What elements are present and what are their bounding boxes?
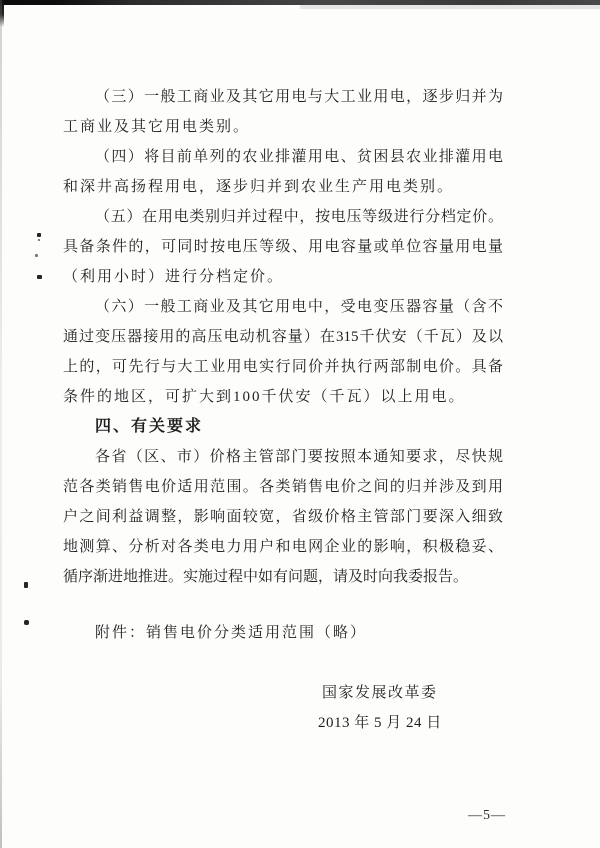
body-line: 地测算、分析对各类电力用户和电网企业的影响，积极稳妥、 [63,532,503,562]
scan-speck [35,254,38,257]
section-heading: 四、有关要求 [63,412,503,442]
signature-org: 国家发展改革委 [322,678,438,708]
document-body: （三）一般工商业及其它用电与大工业用电，逐步归并为 工商业及其它用电类别。 （四… [63,82,503,592]
body-line: 通过变压器接用的高压电动机容量）在315千伏安（千瓦）及以 [63,322,503,352]
scan-speck [24,582,28,588]
scan-speck [24,620,29,625]
body-line: 条件的地区，可扩大到100千伏安（千瓦）以上用电。 [63,382,503,412]
body-line: （四）将目前单列的农业排灌用电、贫困县农业排灌用电 [63,142,503,172]
body-line: （六）一般工商业及其它用电中，受电变压器容量（含不 [63,292,503,322]
body-line: 循序渐进地推进。实施过程中如有问题，请及时向我委报告。 [63,562,503,592]
body-line: （三）一般工商业及其它用电与大工业用电，逐步归并为 [63,82,503,112]
body-line: 和深井高扬程用电，逐步归并到农业生产用电类别。 [63,172,503,202]
body-line: 具备条件的，可同时按电压等级、用电容量或单位容量用电量 [63,232,503,262]
document-page: （三）一般工商业及其它用电与大工业用电，逐步归并为 工商业及其它用电类别。 （四… [0,0,600,848]
signature-date: 2013 年 5 月 24 日 [318,708,442,738]
body-line: 各省（区、市）价格主管部门要按照本通知要求，尽快规 [63,442,503,472]
body-line: 工商业及其它用电类别。 [63,112,503,142]
scan-smudge [300,5,600,9]
attachment-line: 附件：销售电价分类适用范围（略） [63,618,367,648]
body-line: 范各类销售电价适用范围。各类销售电价之间的归并涉及到用 [63,472,503,502]
body-line: （五）在用电类别归并过程中，按电压等级进行分档定价。 [63,202,503,232]
scan-speck [37,233,41,237]
body-line: 上的，可先行与大工业用电实行同价并执行两部制电价。具备 [63,352,503,382]
page-number: —5— [468,804,506,828]
body-line: 户之间利益调整，影响面较宽，省级价格主管部门要深入细致 [63,502,503,532]
scan-edge-left [0,0,2,848]
body-line: （利用小时）进行分档定价。 [63,262,503,292]
scan-speck [37,275,42,279]
scan-speck [38,239,40,241]
